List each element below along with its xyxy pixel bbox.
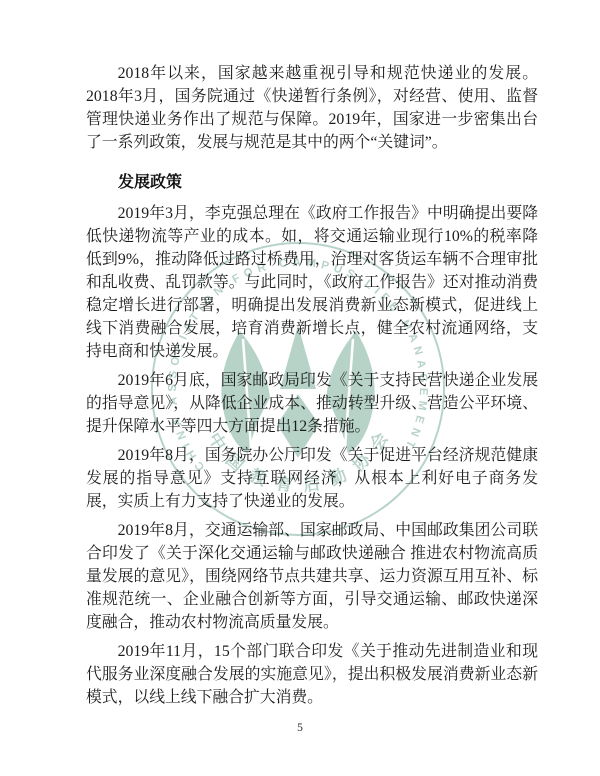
policy-paragraph-1: 2019年3月，李克强总理在《政府工作报告》中明确提出要降低快递物流等产业的成本… <box>86 202 538 363</box>
page-number: 5 <box>0 722 600 734</box>
policy-paragraph-5: 2019年11月，15个部门联合印发《关于推动先进制造业和现代服务业深度融合发展… <box>86 640 538 709</box>
policy-paragraph-3: 2019年8月，国务院办公厅印发《关于促进平台经济规范健康发展的指导意见》支持互… <box>86 444 538 513</box>
policy-paragraph-4: 2019年8月，交通运输部、国家邮政局、中国邮政集团公司联合印发了《关于深化交通… <box>86 519 538 634</box>
page-body: 2018年以来，国家越来越重视引导和规范快递业的发展。2018年3月，国务院通过… <box>86 62 538 715</box>
intro-paragraph: 2018年以来，国家越来越重视引导和规范快递业的发展。2018年3月，国务院通过… <box>86 62 538 154</box>
document-page: CHINA ASSOCIATION FOR CAMPUS LIFE MANAGE… <box>0 0 600 776</box>
policy-paragraph-2: 2019年6月底，国家邮政局印发《关于支持民营快递企业发展的指导意见》，从降低企… <box>86 369 538 438</box>
section-heading: 发展政策 <box>86 171 538 194</box>
